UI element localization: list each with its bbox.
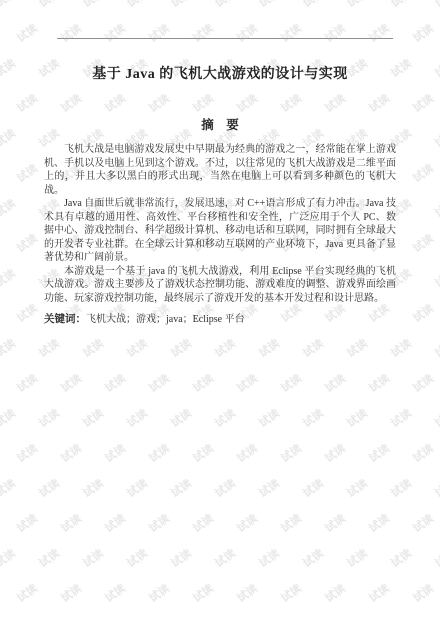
watermark-text: 试读 <box>409 510 436 536</box>
watermark-text: 试读 <box>277 510 304 536</box>
watermark-text: 试读 <box>409 370 436 396</box>
keywords-line: 关键词：飞机大战；游戏；java；Eclipse 平台 <box>44 313 396 327</box>
watermark-text: 试读 <box>211 405 238 431</box>
watermark-text: 试读 <box>189 580 216 606</box>
watermark-text: 试读 <box>343 405 370 431</box>
watermark-text: 试读 <box>255 335 282 361</box>
watermark-text: 试读 <box>255 475 282 501</box>
watermark-text: 试读 <box>431 0 440 11</box>
document-page: 基于 Java 的飞机大战游戏的设计与实现 摘 要 飞机大战是电脑游戏发展史中早… <box>0 38 440 327</box>
watermark-text: 试读 <box>211 475 238 501</box>
watermark-text: 试读 <box>79 405 106 431</box>
watermark-text: 试读 <box>57 510 84 536</box>
watermark-text: 试读 <box>79 545 106 571</box>
paper-title: 基于 Java 的飞机大战游戏的设计与实现 <box>0 65 440 85</box>
watermark-text: 试读 <box>365 440 392 466</box>
watermark-text: 试读 <box>79 0 106 11</box>
watermark-text: 试读 <box>233 440 260 466</box>
watermark-text: 试读 <box>343 0 370 11</box>
watermark-text: 试读 <box>387 335 414 361</box>
watermark-text: 试读 <box>57 370 84 396</box>
watermark-text: 试读 <box>101 440 128 466</box>
watermark-text: 试读 <box>387 0 414 11</box>
abstract-heading: 摘 要 <box>0 117 440 134</box>
watermark-text: 试读 <box>321 510 348 536</box>
watermark-text: 试读 <box>35 545 62 571</box>
watermark-text: 试读 <box>343 545 370 571</box>
watermark-text: 试读 <box>167 405 194 431</box>
watermark-text: 试读 <box>343 475 370 501</box>
watermark-text: 试读 <box>299 475 326 501</box>
abstract-paragraph: 飞机大战是电脑游戏发展史中早期最为经典的游戏之一，经常能在掌上游戏机、手机以及电… <box>44 143 396 197</box>
watermark-text: 试读 <box>387 405 414 431</box>
watermark-text: 试读 <box>13 510 40 536</box>
abstract-body: 飞机大战是电脑游戏发展史中早期最为经典的游戏之一，经常能在掌上游戏机、手机以及电… <box>44 143 396 305</box>
watermark-text: 试读 <box>57 440 84 466</box>
watermark-text: 试读 <box>211 335 238 361</box>
watermark-text: 试读 <box>0 475 19 501</box>
watermark-text: 试读 <box>255 0 282 11</box>
watermark-text: 试读 <box>101 370 128 396</box>
watermark-text: 试读 <box>79 335 106 361</box>
watermark-text: 试读 <box>57 580 84 606</box>
watermark-text: 试读 <box>321 440 348 466</box>
watermark-text: 试读 <box>123 335 150 361</box>
watermark-text: 试读 <box>0 405 19 431</box>
watermark-text: 试读 <box>211 545 238 571</box>
watermark-text: 试读 <box>255 545 282 571</box>
watermark-text: 试读 <box>233 510 260 536</box>
watermark-text: 试读 <box>167 0 194 11</box>
keywords-text: 飞机大战；游戏；java；Eclipse 平台 <box>86 314 245 325</box>
watermark-text: 试读 <box>409 440 436 466</box>
abstract-paragraph: Java 自面世后就非常流行，发展迅速，对 C++语言形成了有力冲击。Java … <box>44 197 396 265</box>
abstract-paragraph: 本游戏是一个基于 java 的飞机大战游戏，利用 Eclipse 平台实现经典的… <box>44 265 396 306</box>
watermark-text: 试读 <box>35 335 62 361</box>
watermark-text: 试读 <box>189 510 216 536</box>
watermark-text: 试读 <box>123 405 150 431</box>
watermark-text: 试读 <box>277 370 304 396</box>
watermark-text: 试读 <box>13 580 40 606</box>
watermark-text: 试读 <box>233 580 260 606</box>
watermark-text: 试读 <box>431 545 440 571</box>
watermark-text: 试读 <box>321 370 348 396</box>
watermark-text: 试读 <box>189 440 216 466</box>
watermark-text: 试读 <box>277 580 304 606</box>
watermark-text: 试读 <box>167 545 194 571</box>
watermark-text: 试读 <box>0 0 19 11</box>
watermark-text: 试读 <box>431 335 440 361</box>
watermark-text: 试读 <box>145 440 172 466</box>
watermark-text: 试读 <box>0 335 19 361</box>
watermark-text: 试读 <box>343 335 370 361</box>
watermark-text: 试读 <box>299 545 326 571</box>
watermark-text: 试读 <box>233 370 260 396</box>
watermark-text: 试读 <box>167 475 194 501</box>
watermark-text: 试读 <box>321 580 348 606</box>
watermark-text: 试读 <box>299 0 326 11</box>
watermark-text: 试读 <box>123 0 150 11</box>
watermark-text: 试读 <box>255 405 282 431</box>
watermark-text: 试读 <box>101 580 128 606</box>
watermark-text: 试读 <box>123 545 150 571</box>
watermark-text: 试读 <box>431 475 440 501</box>
watermark-text: 试读 <box>123 475 150 501</box>
watermark-text: 试读 <box>189 370 216 396</box>
watermark-text: 试读 <box>299 405 326 431</box>
watermark-text: 试读 <box>145 370 172 396</box>
watermark-text: 试读 <box>35 0 62 11</box>
watermark-text: 试读 <box>13 370 40 396</box>
watermark-text: 试读 <box>13 440 40 466</box>
watermark-text: 试读 <box>145 580 172 606</box>
watermark-text: 试读 <box>0 545 19 571</box>
watermark-text: 试读 <box>35 405 62 431</box>
watermark-text: 试读 <box>387 545 414 571</box>
watermark-text: 试读 <box>277 440 304 466</box>
watermark-text: 试读 <box>101 510 128 536</box>
watermark-text: 试读 <box>299 335 326 361</box>
watermark-text: 试读 <box>167 335 194 361</box>
watermark-text: 试读 <box>431 405 440 431</box>
watermark-text: 试读 <box>365 370 392 396</box>
watermark-text: 试读 <box>211 0 238 11</box>
watermark-text: 试读 <box>409 580 436 606</box>
watermark-text: 试读 <box>365 580 392 606</box>
watermark-text: 试读 <box>365 510 392 536</box>
watermark-text: 试读 <box>145 510 172 536</box>
watermark-text: 试读 <box>35 475 62 501</box>
watermark-text: 试读 <box>79 475 106 501</box>
watermark-text: 试读 <box>387 475 414 501</box>
keywords-label: 关键词： <box>44 314 86 325</box>
header-rule <box>57 38 393 39</box>
